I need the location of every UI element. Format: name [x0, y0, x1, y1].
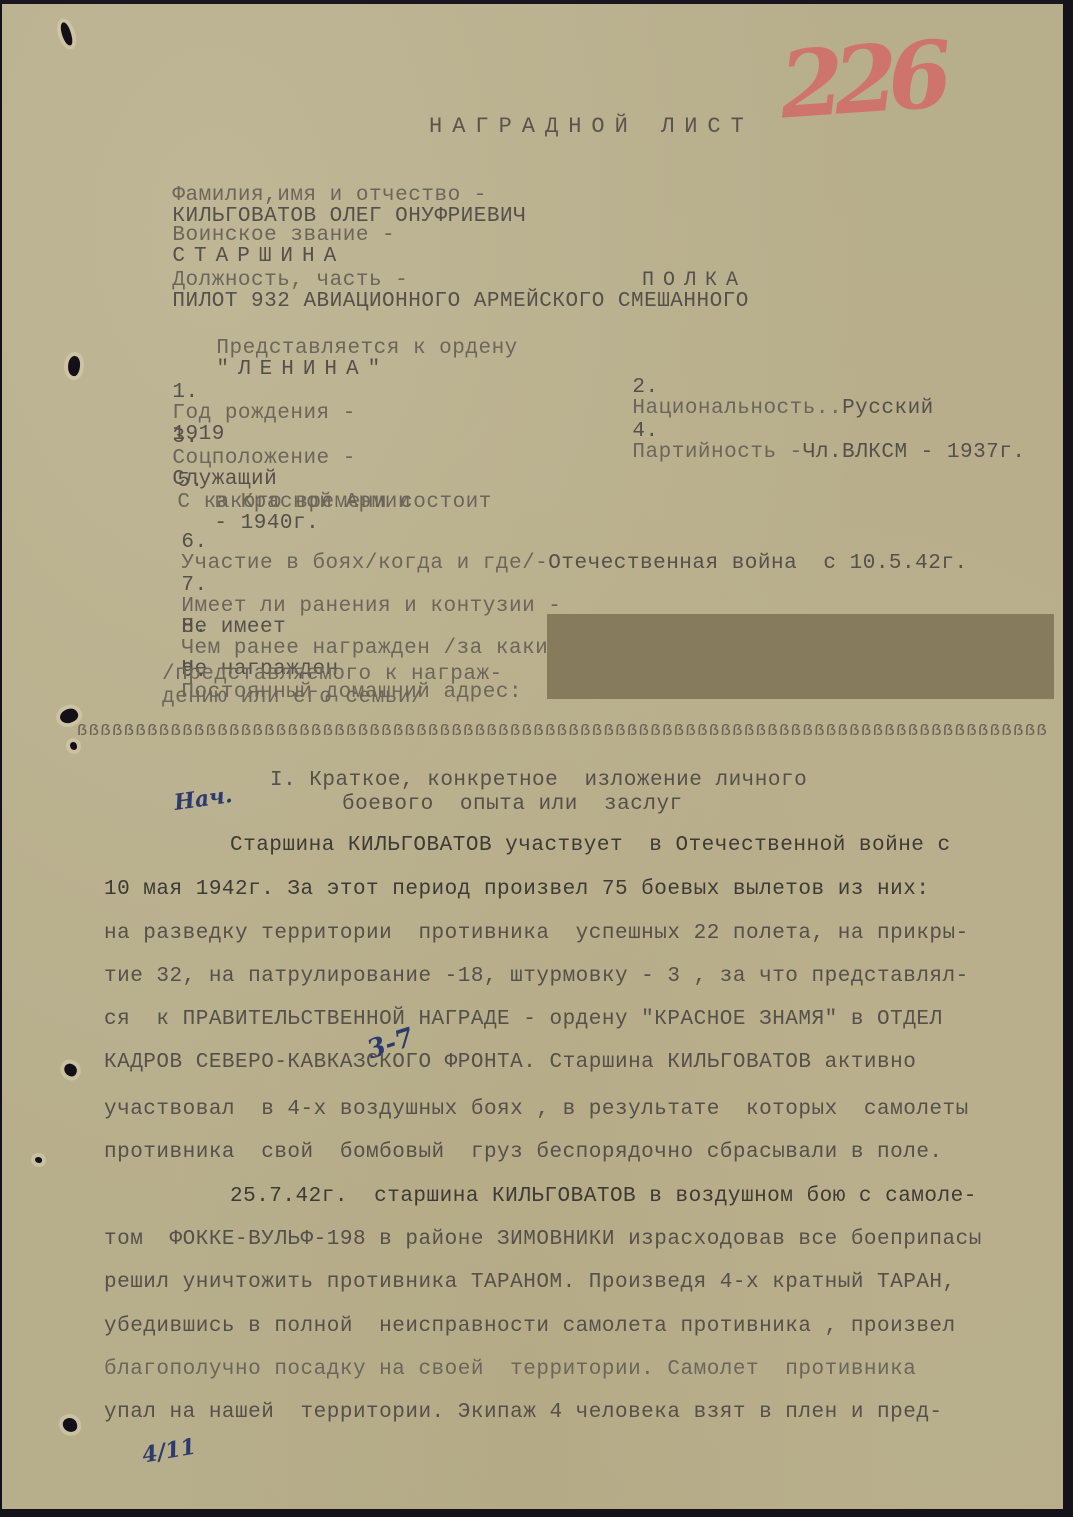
body-line: тие 32, на патрулирование -18, штурмовку…: [104, 966, 969, 987]
punch-hole-icon: [59, 21, 74, 47]
field-4: 4. Партийность -Чл.ВЛКСМ - 1937г.: [580, 400, 1026, 484]
position-value: ПИЛОТ 932 АВИАЦИОННОГО АРМЕЙСКОГО СМЕШАН…: [172, 290, 749, 313]
position-label: Должность, часть -: [172, 269, 408, 292]
punch-hole-icon: [62, 1417, 78, 1433]
field-9-cont2: дению или его семьи/: [162, 687, 424, 708]
punch-hole-icon: [66, 355, 81, 377]
scan-frame-bottom: [0, 1509, 1073, 1517]
typed-separator-line: ẞẞẞẞẞẞẞẞẞẞẞẞẞẞẞẞẞẞẞẞẞẞẞẞẞẞẞẞẞẞẞẞẞẞẞẞẞẞẞẞ…: [77, 722, 1062, 741]
field-number: 8.: [181, 616, 207, 639]
award-label: Представляется к ордену: [216, 337, 517, 360]
field-number: 3.: [172, 426, 198, 449]
punch-hole-icon: [70, 742, 77, 750]
body-line: ся к ПРАВИТЕЛЬСТВЕННОЙ НАГРАДЕ - ордену …: [104, 1009, 943, 1030]
field-label: Партийность -: [632, 441, 802, 464]
document-page: 226 НАГРАДНОЙ ЛИСТ Фамилия,имя и отчеств…: [2, 4, 1063, 1509]
field-number: 2.: [632, 376, 658, 399]
scan-frame-right: [1063, 0, 1073, 1517]
body-line: на разведку территории противника успешн…: [104, 923, 969, 944]
rank-label: Воинское звание -: [172, 224, 395, 247]
body-line: 25.7.42г. старшина КИЛЬГОВАТОВ в воздушн…: [230, 1186, 977, 1207]
field-number: 7.: [181, 574, 207, 597]
handwritten-signature-fragment: 4/11: [140, 1434, 198, 1469]
body-line: упал на нашей территории. Экипаж 4 челов…: [104, 1402, 943, 1423]
document-title: НАГРАДНОЙ ЛИСТ: [429, 116, 754, 138]
redacted-address-block: [547, 614, 1054, 699]
section-heading-line2: боевого опыта или заслуг: [342, 794, 683, 815]
field-value: Чл.ВЛКСМ - 1937г.: [803, 441, 1026, 464]
section-heading-line1: I. Краткое, конкретное изложение личного: [270, 770, 807, 791]
field-9-cont: /представляемого к награж-: [162, 664, 503, 685]
handwritten-margin-note: Нач.: [172, 782, 233, 816]
body-line: участвовал в 4-х воздушных боях , в резу…: [104, 1099, 969, 1120]
body-line: Старшина КИЛЬГОВАТОВ участвует в Отечест…: [230, 835, 951, 856]
body-line: благополучно посадку на своей территории…: [104, 1359, 916, 1380]
punch-hole-icon: [35, 1157, 42, 1163]
field-value: Отечественная война с 10.5.42г.: [548, 552, 967, 575]
punch-hole-icon: [62, 1062, 78, 1078]
body-line: 10 мая 1942г. За этот период произвел 75…: [104, 879, 929, 900]
body-line: убедившись в полной неисправности самоле…: [104, 1316, 956, 1337]
body-line: противника свой бомбовый груз беспорядоч…: [104, 1142, 943, 1163]
field-number: 6.: [181, 531, 207, 554]
field-number: 1.: [172, 381, 198, 404]
body-line: решил уничтожить противника ТАРАНОМ. Про…: [104, 1272, 956, 1293]
position-value-cont: ПОЛКА: [642, 271, 747, 291]
archive-number-stamp: 226: [776, 20, 945, 139]
field-number: 4.: [632, 420, 658, 443]
body-line: том ФОККЕ-ВУЛЬФ-198 в районе ЗИМОВНИКИ и…: [104, 1229, 982, 1250]
body-line: КАДРОВ СЕВЕРО-КАВКАЗСКОГО ФРОНТА. Старши…: [104, 1052, 916, 1073]
